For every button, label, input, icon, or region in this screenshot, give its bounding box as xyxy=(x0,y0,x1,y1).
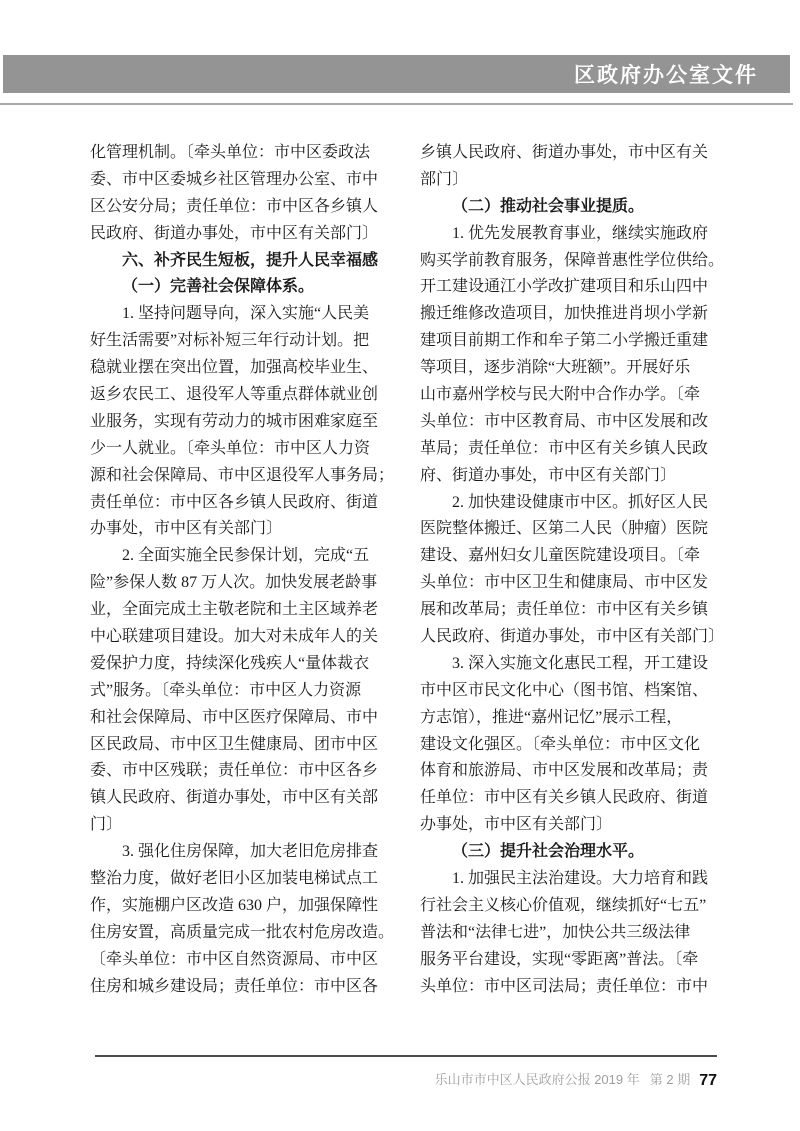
text-line: 源和社会保障局、市中区退役军人事务局； xyxy=(90,463,392,490)
text-line: 建设、嘉州妇女儿童医院建设项目。〔牵 xyxy=(420,543,722,570)
text-line: 好生活需要”对标补短三年行动计划。把 xyxy=(90,328,392,355)
text-line: 业服务，实现有劳动力的城市困难家庭至 xyxy=(90,409,392,436)
heading-line: （一）完善社会保障体系。 xyxy=(90,274,392,301)
text-line: 中心联建项目建设。加大对未成年人的关 xyxy=(90,624,392,651)
text-line: 开工建设通江小学改扩建项目和乐山四中 xyxy=(420,274,722,301)
text-line: 住房和城乡建设局；责任单位：市中区各 xyxy=(90,974,392,1001)
text-line: 办事处，市中区有关部门〕 xyxy=(420,812,722,839)
text-line: 和社会保障局、市中区医疗保障局、市中 xyxy=(90,705,392,732)
text-line: 区民政局、市中区卫生健康局、团市中区 xyxy=(90,732,392,759)
text-line: 购买学前教育服务，保障普惠性学位供给。 xyxy=(420,248,722,275)
text-line: 少一人就业。〔牵头单位：市中区人力资 xyxy=(90,436,392,463)
text-line: 搬迁维修改造项目，加快推进肖坝小学新 xyxy=(420,301,722,328)
text-line: 化管理机制。〔牵头单位：市中区委政法 xyxy=(90,140,392,167)
text-line: 委、市中区残联；责任单位：市中区各乡 xyxy=(90,758,392,785)
text-line: 人民政府、街道办事处，市中区有关部门〕 xyxy=(420,624,722,651)
footer-issue: 第 2 期 xyxy=(650,1072,690,1087)
header-band: 区政府办公室文件 xyxy=(3,55,790,93)
text-line: 作，实施棚户区改造 630 户，加强保障性 xyxy=(90,893,392,920)
text-line: 头单位：市中区卫生和健康局、市中区发 xyxy=(420,570,722,597)
text-line: 革局；责任单位：市中区有关乡镇人民政 xyxy=(420,436,722,463)
footer-page-number: 77 xyxy=(699,1072,717,1089)
right-column: 乡镇人民政府、街道办事处，市中区有关部门〕（二）推动社会事业提质。1. 优先发展… xyxy=(420,140,722,1001)
header-rule xyxy=(0,103,793,105)
footer-journal-title: 乐山市市中区人民政府公报 2019 年 xyxy=(435,1072,640,1087)
text-line: 头单位：市中区教育局、市中区发展和改 xyxy=(420,409,722,436)
text-line: 普法和“法律七进”，加快公共三级法律 xyxy=(420,920,722,947)
text-line: 式”服务。〔牵头单位：市中区人力资源 xyxy=(90,678,392,705)
text-line: 任单位：市中区有关乡镇人民政府、街道 xyxy=(420,785,722,812)
text-line: 返乡农民工、退役军人等重点群体就业创 xyxy=(90,382,392,409)
text-line: 市中区市民文化中心（图书馆、档案馆、 xyxy=(420,678,722,705)
text-line: 3. 深入实施文化惠民工程，开工建设 xyxy=(420,651,722,678)
left-column: 化管理机制。〔牵头单位：市中区委政法委、市中区委城乡社区管理办公室、市中区公安分… xyxy=(90,140,392,1001)
text-line: 稳就业摆在突出位置，加强高校毕业生、 xyxy=(90,355,392,382)
text-line: 镇人民政府、街道办事处，市中区有关部 xyxy=(90,785,392,812)
text-line: 头单位：市中区司法局；责任单位：市中 xyxy=(420,974,722,1001)
text-line: 办事处，市中区有关部门〕 xyxy=(90,516,392,543)
text-line: 2. 加快建设健康市中区。抓好区人民 xyxy=(420,490,722,517)
text-line: 门〕 xyxy=(90,812,392,839)
text-line: 方志馆），推进“嘉州记忆”展示工程， xyxy=(420,705,722,732)
text-line: 府、街道办事处，市中区有关部门〕 xyxy=(420,463,722,490)
header-band-title: 区政府办公室文件 xyxy=(574,59,758,89)
text-line: 1. 加强民主法治建设。大力培育和践 xyxy=(420,866,722,893)
text-line: 住房安置，高质量完成一批农村危房改造。 xyxy=(90,920,392,947)
text-line: 委、市中区委城乡社区管理办公室、市中 xyxy=(90,167,392,194)
text-line: 险”参保人数 87 万人次。加快发展老龄事 xyxy=(90,570,392,597)
text-line: 1. 坚持问题导向，深入实施“人民美 xyxy=(90,301,392,328)
text-columns: 化管理机制。〔牵头单位：市中区委政法委、市中区委城乡社区管理办公室、市中区公安分… xyxy=(90,140,722,1001)
text-line: 3. 强化住房保障，加大老旧危房排查 xyxy=(90,839,392,866)
text-line: 区公安分局；责任单位：市中区各乡镇人 xyxy=(90,194,392,221)
text-line: 等项目，逐步消除“大班额”。开展好乐 xyxy=(420,355,722,382)
heading-line: （三）提升社会治理水平。 xyxy=(420,839,722,866)
text-line: 业，全面完成土主敬老院和土主区域养老 xyxy=(90,597,392,624)
footer: 乐山市市中区人民政府公报 2019 年第 2 期77 xyxy=(95,1070,717,1091)
text-line: 行社会主义核心价值观，继续抓好“七五” xyxy=(420,893,722,920)
text-line: 服务平台建设，实现“零距离”普法。〔牵 xyxy=(420,947,722,974)
text-line: 山市嘉州学校与民大附中合作办学。〔牵 xyxy=(420,382,722,409)
heading-line: （二）推动社会事业提质。 xyxy=(420,194,722,221)
text-line: 乡镇人民政府、街道办事处，市中区有关 xyxy=(420,140,722,167)
text-line: 建项目前期工作和牟子第二小学搬迁重建 xyxy=(420,328,722,355)
text-line: 爱保护力度，持续深化残疾人“量体裁衣 xyxy=(90,651,392,678)
text-line: 责任单位：市中区各乡镇人民政府、街道 xyxy=(90,490,392,517)
text-line: 建设文化强区。〔牵头单位：市中区文化 xyxy=(420,732,722,759)
text-line: 〔牵头单位：市中区自然资源局、市中区 xyxy=(90,947,392,974)
heading-line: 六、补齐民生短板，提升人民幸福感 xyxy=(90,248,392,275)
footer-rule xyxy=(95,1055,717,1057)
text-line: 1. 优先发展教育事业，继续实施政府 xyxy=(420,221,722,248)
text-line: 展和改革局；责任单位：市中区有关乡镇 xyxy=(420,597,722,624)
text-line: 民政府、街道办事处，市中区有关部门〕 xyxy=(90,221,392,248)
text-line: 整治力度，做好老旧小区加装电梯试点工 xyxy=(90,866,392,893)
document-page: 区政府办公室文件 化管理机制。〔牵头单位：市中区委政法委、市中区委城乡社区管理办… xyxy=(0,0,800,1131)
text-line: 医院整体搬迁、区第二人民（肿瘤）医院 xyxy=(420,516,722,543)
text-line: 部门〕 xyxy=(420,167,722,194)
text-line: 2. 全面实施全民参保计划，完成“五 xyxy=(90,543,392,570)
text-line: 体育和旅游局、市中区发展和改革局；责 xyxy=(420,758,722,785)
